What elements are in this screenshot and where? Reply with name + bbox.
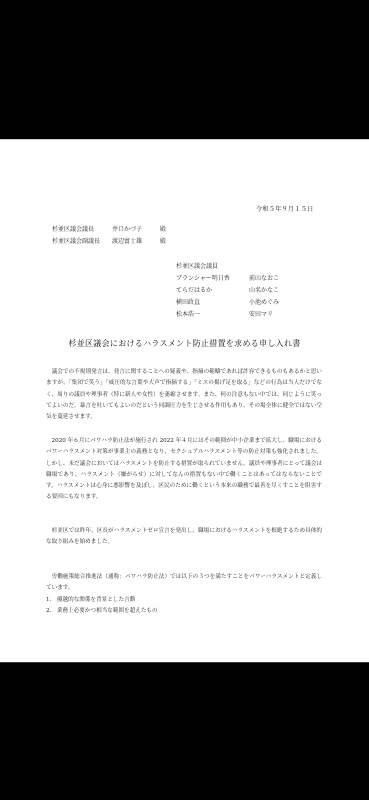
sender: てらだはるか bbox=[176, 285, 212, 294]
document-title: 杉並区議会におけるハラスメント防止措置を求める申し入れ書 bbox=[0, 338, 369, 349]
paragraph-text: 2020 年６月にパワハラ防止法が施行され 2022 年４月にはその範囲が中小企… bbox=[46, 436, 322, 504]
list-item: 1. 優越的な関係を背景とした言動 bbox=[46, 595, 322, 606]
paragraph-text: 杉並区では昨年、区長がハラスメントゼロ宣言を発出し、職場におけるハラスメントを根… bbox=[46, 526, 322, 549]
sender: 横田政直 bbox=[176, 297, 200, 306]
paragraph-1: 議会での不規則発言は、発言に関することへの疑義や、指摘の範疇であれば許容できるも… bbox=[46, 367, 322, 423]
paragraph-text: 議会での不規則発言は、発言に関することへの疑義や、指摘の範疇であれば許容できるも… bbox=[46, 367, 322, 423]
addressee-role: 杉並区議会副議長 bbox=[52, 236, 112, 245]
sender: 松本浩一 bbox=[176, 309, 200, 318]
addressee-2: 杉並区議会副議長渡辺富士雄殿 bbox=[52, 236, 166, 245]
document-page: 令和５年９月１５日 杉並区議会議長井口かづ子殿 杉並区議会副議長渡辺富士雄殿 杉… bbox=[0, 139, 369, 663]
addressee-role: 杉並区議会議長 bbox=[52, 224, 112, 233]
sender: 前山なおこ bbox=[249, 273, 279, 282]
document-date: 令和５年９月１５日 bbox=[256, 204, 314, 213]
addressee-honorific: 殿 bbox=[160, 236, 166, 245]
paragraph-4: 労働施策総合推進法（通称：パワハラ防止法）では以下の３つを満たすことをパワーハラ… bbox=[46, 572, 322, 617]
list-item: 2. 業務上必要かつ相当な範囲を超えたもの bbox=[46, 606, 322, 617]
addressee-honorific: 殿 bbox=[160, 224, 166, 233]
paragraph-2: 2020 年６月にパワハラ防止法が施行され 2022 年４月にはその範囲が中小企… bbox=[46, 436, 322, 504]
sender: 小池めぐみ bbox=[249, 297, 279, 306]
addressee-name: 渡辺富士雄 bbox=[112, 236, 160, 245]
paragraph-text: 労働施策総合推進法（通称：パワハラ防止法）では以下の３つを満たすことをパワーハラ… bbox=[46, 572, 322, 595]
sender-heading: 杉並区議会議員 bbox=[176, 261, 218, 270]
paragraph-3: 杉並区では昨年、区長がハラスメントゼロ宣言を発出し、職場におけるハラスメントを根… bbox=[46, 526, 322, 549]
addressee-name: 井口かづ子 bbox=[112, 224, 160, 233]
sender: ブランシャー明日香 bbox=[176, 273, 230, 282]
sender: 山名かなこ bbox=[249, 285, 279, 294]
sender: 安田マリ bbox=[249, 309, 273, 318]
addressee-1: 杉並区議会議長井口かづ子殿 bbox=[52, 224, 166, 233]
